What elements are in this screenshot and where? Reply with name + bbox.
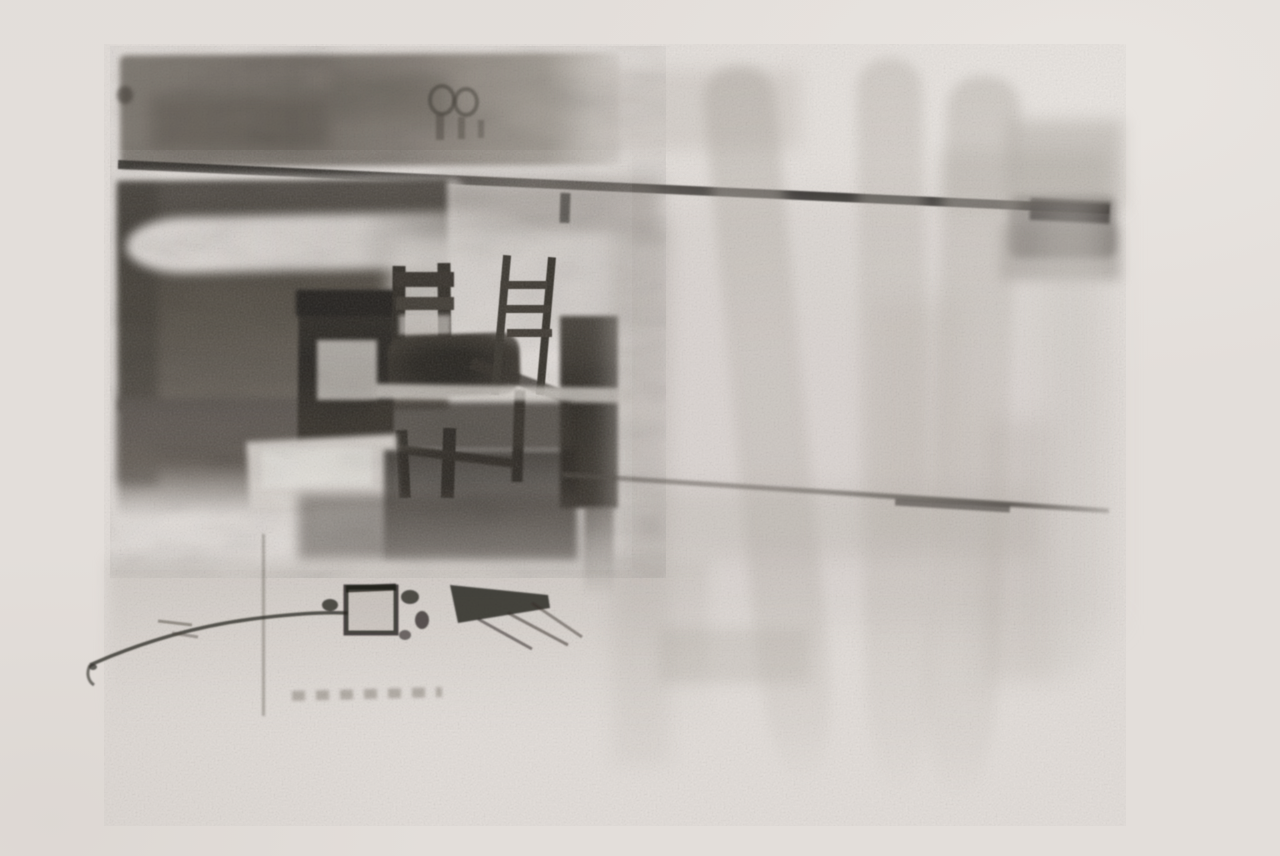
floor-box-top <box>346 587 396 589</box>
platform-light-core <box>262 448 372 488</box>
chamber-mass-left-rim <box>118 185 158 485</box>
leg-brace <box>398 445 520 469</box>
squeegee-streak <box>920 75 1022 807</box>
ladder-rail <box>491 255 511 395</box>
band-corner-blob <box>117 86 133 104</box>
chair-leg <box>395 430 411 499</box>
right-veil <box>608 195 1113 625</box>
ladder-rung <box>507 329 552 337</box>
rule-end-blotch <box>1008 196 1116 258</box>
floor-shadow-dark <box>384 450 576 560</box>
chair-back-post-right <box>437 263 451 393</box>
floor-edge-line <box>262 534 265 716</box>
squeegee-streak <box>700 63 841 791</box>
cabinet-top-shadow <box>296 290 396 316</box>
speckle-gap-under-rule <box>124 173 464 205</box>
squeegee-streak <box>856 58 932 799</box>
second-rule-dashes <box>895 498 1010 512</box>
score-line <box>478 619 532 649</box>
mid-right-swath <box>640 488 1040 558</box>
floor-cable <box>90 613 348 665</box>
second-rule <box>562 472 1109 513</box>
ink-blob <box>399 630 411 640</box>
faint-dash-row <box>292 687 442 701</box>
outer-pale-arc <box>1042 205 1097 675</box>
under-seat-shadow <box>370 402 570 450</box>
floor-wash <box>108 560 708 730</box>
right-panel-column <box>560 316 618 508</box>
cable-end-blob <box>89 664 97 670</box>
upper-band-dark-patch <box>150 95 330 150</box>
rule-end-mottle <box>1000 225 1120 280</box>
tapering-bar <box>450 585 550 623</box>
chair-top-rail <box>394 272 454 287</box>
platform-back-rail <box>375 384 633 404</box>
highlight-speckle-overlay <box>112 150 632 570</box>
under-rule-tick <box>559 193 570 223</box>
artwork-canvas <box>0 0 1280 856</box>
floor-speckle-right <box>660 628 810 683</box>
cable-and-floor-marks <box>80 575 600 705</box>
ink-blob <box>401 590 419 604</box>
wall-light-zone <box>390 235 630 335</box>
platform-light-front <box>246 434 399 512</box>
ladder-rung <box>501 281 547 289</box>
chair-mid-rail <box>396 297 454 310</box>
coarse-mottle-overlay <box>110 46 666 578</box>
wiped-flame-gap <box>125 210 546 275</box>
chair-leg <box>441 428 456 498</box>
score-line <box>508 613 568 645</box>
scribble-ring <box>453 87 479 117</box>
chamber-mass-lower-left <box>118 398 313 516</box>
upper-ink-band <box>120 53 621 168</box>
ladder-rung <box>504 305 550 313</box>
rule-end-core <box>1029 198 1110 224</box>
paper-background <box>0 0 1280 856</box>
right-panel-column-lower <box>584 505 614 597</box>
cabinet-front-panel <box>317 340 377 400</box>
smudge-column <box>612 225 670 765</box>
floor-dash <box>158 621 192 625</box>
top-right-mottle <box>1008 120 1123 210</box>
floor-shadow-wide <box>298 494 580 560</box>
score-line <box>532 603 582 637</box>
ink-blob <box>415 611 429 629</box>
ink-blob <box>322 599 338 611</box>
streak-bulge <box>872 300 962 540</box>
chair-arm-diagonal <box>469 357 578 407</box>
main-rule <box>118 160 1109 214</box>
floor-dash <box>172 633 198 637</box>
floor-box-mark <box>346 587 396 633</box>
chair-seat-mass <box>387 332 521 399</box>
upper-band-dark-patch <box>330 75 450 120</box>
scribble-tick <box>478 120 484 138</box>
scribble-tick <box>436 114 444 140</box>
switch-cabinet <box>297 292 395 485</box>
chair-headrest-light <box>399 315 451 335</box>
ladder-leg <box>511 390 525 482</box>
scribble-ring <box>428 84 456 116</box>
chair-back-post-left <box>391 266 405 394</box>
under-rule-gray <box>440 180 660 238</box>
cable-hook <box>88 665 94 685</box>
scribble-tick <box>458 117 465 139</box>
film-grain-overlay <box>104 44 1126 826</box>
upper-band-right-tail <box>600 70 800 150</box>
ladder-rail <box>536 257 556 395</box>
chamber-mass <box>117 179 449 411</box>
streak-bulge <box>985 420 1055 680</box>
top-right-mottle <box>940 150 1110 210</box>
